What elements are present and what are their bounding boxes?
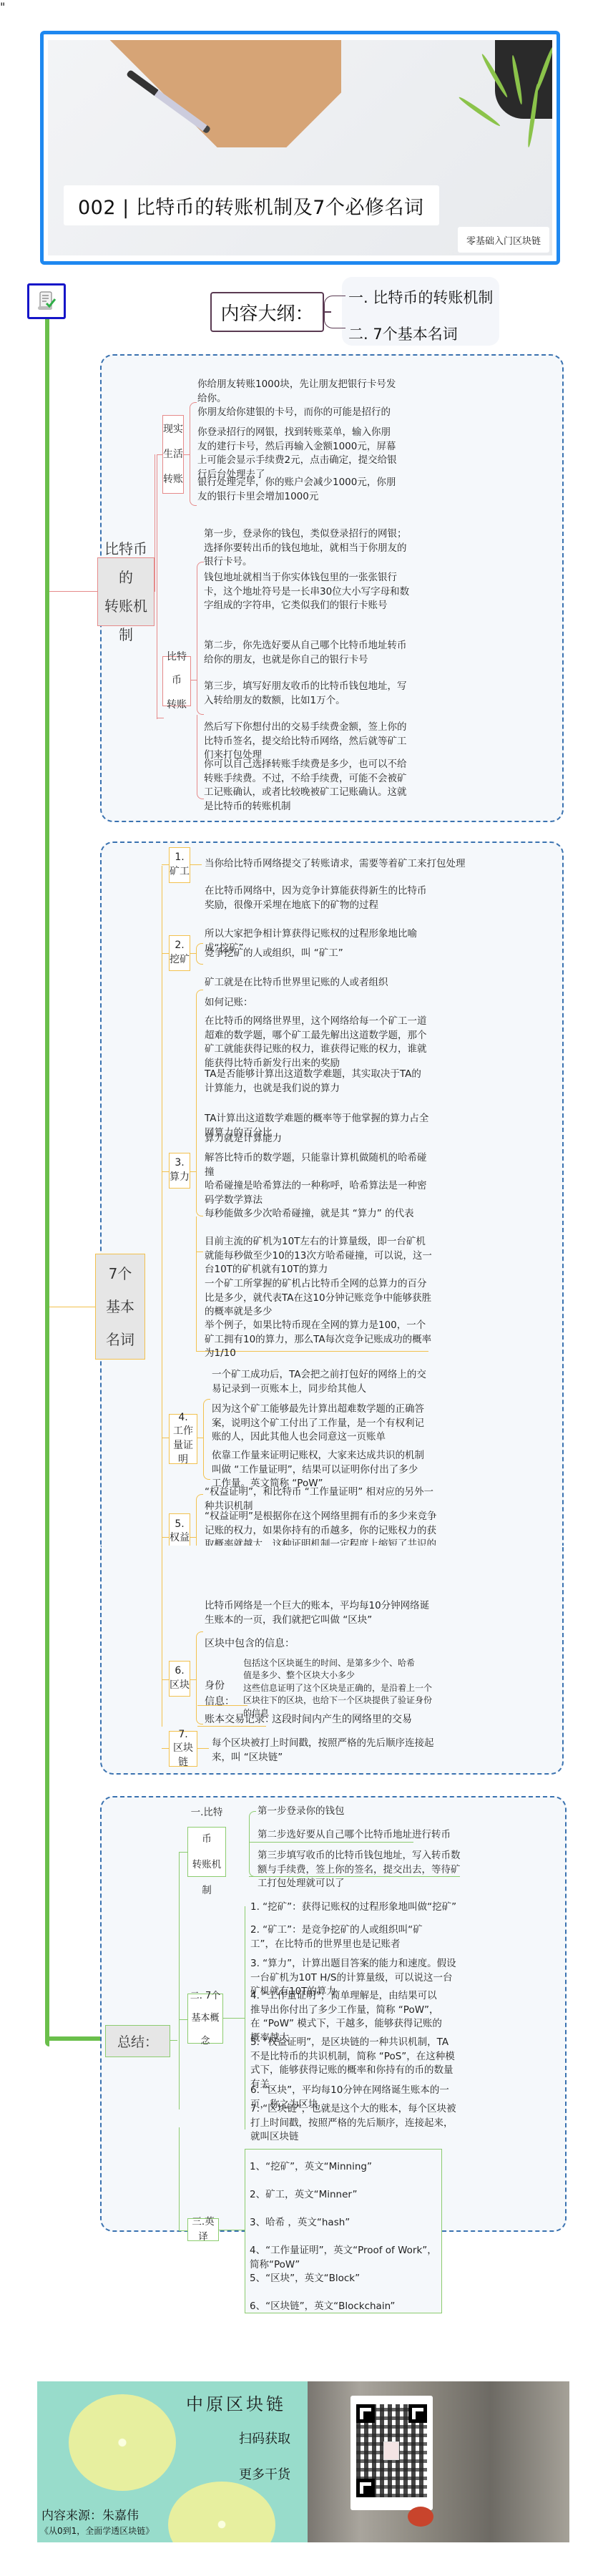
term-number: 2. [175, 939, 184, 953]
term-3-item-6: 算力就是计算能力 [205, 1132, 433, 1146]
red-stone-decoration [408, 2507, 433, 2527]
footer-promo-left: 中原区块链 扫码获取 更多干货 内容来源：朱嘉伟 《从0到1，全面学透区块链》 [37, 2381, 308, 2542]
checklist-scroll-icon [37, 291, 56, 312]
node-label-line: 转账 [167, 693, 187, 718]
english-term-5: 5、“区块”，英文“Block” [250, 2270, 360, 2284]
cover-title: 002 | 比特币的转账机制及7个必修名词 [78, 192, 423, 220]
outline-item-2[interactable]: 二. 7个基本名词 [348, 323, 458, 344]
node-label-line: 基本概念 [188, 2007, 222, 2051]
node-label-line: 转账机制 [188, 1852, 225, 1904]
term-node-pow[interactable]: 4. 工作量证明 [169, 1414, 197, 1464]
connector [157, 454, 157, 719]
summary-transfer-step-2: 第二步选好要从自己哪个比特币地址进行转币 [258, 1828, 486, 1843]
connector [223, 2018, 245, 2019]
connector [184, 454, 190, 455]
label-line: 信息： [205, 1694, 240, 1709]
branch-brace [197, 715, 204, 799]
connector [162, 953, 169, 954]
section-transfer-mechanism: 比特币的 转账机制 现实 生活 转账 你给朋友转账1000块，先让朋友把银行卡号… [0, 0, 603, 14]
term-3-item-8: 哈希碰撞是哈希算法的一种称呼，哈希算法是一种密码学数学算法 [205, 1179, 433, 1207]
category-label-line: 名词 [106, 1323, 134, 1356]
term-3-item-11: 一个矿工所掌握的矿机占比特币全网的总算力的百分比是多少，就代表TA在这10分钟记… [205, 1277, 433, 1319]
cover-image: 002 | 比特币的转账机制及7个必修名词 零基础入门区块链 [48, 40, 552, 255]
connector [162, 1748, 169, 1749]
terms-trunk [162, 1546, 162, 1727]
connector [219, 2230, 245, 2230]
connector [190, 1171, 196, 1172]
life-item-3: 银行处理完毕，你的账户会减少1000元，你朋友的银行卡里会增加1000元 [197, 476, 401, 504]
node-label-line: 现实 [163, 417, 183, 442]
term-2-item-3: 竞争挖矿的人或组织，叫 “矿工” [205, 947, 441, 961]
term-node-miner[interactable]: 1. 矿工 [169, 847, 190, 883]
connector [157, 718, 164, 718]
block-ledger-value: 这段时间内产生的网络里的交易 [272, 1712, 443, 1727]
term-label: 矿工 [170, 865, 190, 879]
connector [155, 454, 155, 592]
connector [179, 2019, 187, 2020]
term-node-mining[interactable]: 2. 挖矿 [169, 935, 190, 971]
node-label-line: 一.比特币 [188, 1800, 225, 1852]
footer-brand: 中原区块链 [186, 2390, 286, 2415]
footer-book: 《从0到1，全面学透区块链》 [40, 2524, 154, 2537]
english-terms-list: 1、“挖矿”，英文“Minning” 2、矿工，英文“Minner” 3、哈希 … [245, 2149, 442, 2313]
connector [197, 1748, 209, 1749]
english-term-1: 1、“挖矿”，英文“Minning” [250, 2158, 372, 2172]
concept-7: 7. “区块链”，也就是这个大的账本，每个区块被打上时间戳，按照严格的先后顺序，… [250, 2102, 461, 2145]
branch-brace [196, 943, 203, 965]
category-label-line: 比特币的 [98, 535, 154, 592]
outline-item-1[interactable]: 一. 比特币的转账机制 [348, 286, 493, 308]
term-7-item: 每个区块被打上时间戳，按照严格的先后顺序连接起来，叫 “区块链” [212, 1737, 441, 1765]
connector [179, 2168, 180, 2231]
term-label: 区块 [170, 1679, 190, 1693]
node-label-line: 生活 [163, 442, 183, 467]
term-3-item-10: 目前主流的矿机为10T左右的计算量级，即一台矿机就能每秒做至少10的13次方哈希… [205, 1235, 433, 1277]
term-3-item-9: 每秒能做多少次哈希碰撞，就是其 “算力” 的代表 [205, 1207, 433, 1221]
connector [190, 1537, 196, 1538]
term-node-blockchain[interactable]: 7. 区块链 [169, 1731, 197, 1767]
term-label: 挖矿 [170, 953, 190, 967]
footer-promo-right [308, 2381, 569, 2542]
term-number: 3. [175, 1156, 184, 1171]
branch-brace [203, 1399, 210, 1480]
english-term-3: 3、哈希 ，英文“hash” [250, 2214, 350, 2228]
concept-2: 2. “矿工”：是竞争挖矿的人或组织叫“矿工”，在比特币的世界里也是记账者 [250, 1923, 426, 1951]
lime-illustration [168, 2482, 275, 2542]
footer-cta-more: 更多干货 [239, 2464, 290, 2483]
outline-title[interactable]: 内容大纲： [210, 292, 324, 332]
node-real-life-transfer[interactable]: 现实 生活 转账 [162, 415, 184, 494]
connector [190, 953, 196, 954]
connector [191, 680, 197, 680]
branch-brace [196, 1216, 203, 1252]
connector [197, 1705, 247, 1706]
category-transfer-mechanism[interactable]: 比特币的 转账机制 [97, 557, 155, 626]
term-node-block[interactable]: 6. 区块 [169, 1661, 190, 1697]
summary-node-concepts[interactable]: 二. 7个 基本概念 [187, 1994, 223, 2044]
connector [190, 864, 202, 865]
english-term-4: 4、“工作量证明”，英文“Proof of Work”，简称“PoW” [250, 2242, 441, 2270]
connector [179, 1852, 187, 1853]
main-branch-end [45, 2036, 107, 2041]
connector [162, 1537, 169, 1538]
label-line: 身份 [205, 1678, 240, 1694]
term-3-item-4: TA是否能够计算出这道数学难题，其实取决于TA的计算能力，也就是我们说的算力 [205, 1068, 430, 1096]
life-item-2: 你登录招行的网银，找到转账菜单，输入你朋友的建行卡号，然后再输入金额1000元，… [197, 426, 398, 482]
qr-code-icon[interactable] [356, 2404, 427, 2497]
term-number: 1. [175, 851, 184, 865]
term-label: 区块链 [170, 1742, 197, 1770]
node-label-line: 比特币 [163, 645, 190, 693]
branch-brace [249, 1843, 256, 1877]
btc-fee-optional: 你可以自己选择转账手续费是多少，也可以不给转账手续费。不过，不给手续费，可能不会… [204, 758, 408, 814]
btc-step-3: 第三步，填写好朋友收币的比特币钱包地址，写入转给朋友的数额，比如1万个。 [204, 680, 411, 708]
term-4-item-1: 一个矿工成功后，TA会把之前打包好的网络上的交易记录到一页账本上，同步给其他人 [212, 1368, 430, 1396]
connector [245, 1906, 245, 2129]
category-seven-terms[interactable]: 7个 基本 名词 [95, 1254, 145, 1360]
branch-brace [196, 990, 203, 1216]
connector [179, 2230, 187, 2231]
life-item-1: 你给朋友转账1000块，先让朋友把银行卡号发给你。 你朋友给你建银的卡号，而你的… [197, 378, 398, 420]
connector [49, 1307, 98, 1307]
term-3-item-12: 举个例子，如果比特币现在全网的算力是100，一个矿工拥有10的算力，那么TA每次… [205, 1319, 435, 1361]
notebook-illustration [105, 40, 341, 147]
category-summary[interactable]: 总结： [105, 2025, 170, 2057]
footer-cta-scan: 扫码获取 [239, 2429, 290, 2447]
term-number: 7. [178, 1728, 187, 1742]
connector [197, 1726, 266, 1727]
term-4-item-2: 因为这个矿工能够最先计算出超难数学题的正确答案，说明这个矿工付出了工作量，是一个… [212, 1402, 426, 1445]
main-branch-line [45, 319, 49, 2046]
connector [162, 1438, 169, 1438]
english-term-6: 6、“区块链”，英文“Blockchain” [250, 2298, 395, 2312]
connector [162, 1679, 169, 1680]
term-number: 4. [178, 1411, 187, 1425]
connector [49, 591, 98, 592]
branch-brace [197, 562, 204, 715]
btc-wallet-address: 钱包地址就相当于你实体钱包里的一张张银行卡，这个地址符号是一长串30位大小写字母… [204, 571, 411, 613]
english-term-2: 2、矿工，英文“Minner” [250, 2186, 358, 2200]
term-2-item-1: 在比特币网络中，因为竞争计算能获得新生的比特币奖励，很像开采埋在地底下的矿物的过… [205, 884, 433, 912]
connector [162, 864, 169, 865]
lime-illustration [69, 2394, 176, 2491]
term-3-item-2: 如何记账： [205, 996, 433, 1010]
node-label-line: 二. 7个 [190, 1985, 221, 2007]
btc-step-1: 第一步，登录你的钱包，类似登录招行的网银；选择你要转出币的钱包地址，就相当于你朋… [204, 527, 411, 570]
term-3-item-1: 矿工就是在比特币世界里记账的人或者组织 [205, 976, 433, 990]
term-1-item: 当你给比特币网络提交了转账请求，需要等着矿工来打包处理 [205, 857, 505, 872]
summary-trunk [179, 2127, 180, 2168]
term-3-item-3: 在比特币的网络世界里，这个网络给每一个矿工一道超难的数学题，哪个矿工最先解出这道… [205, 1015, 435, 1070]
root-node[interactable] [27, 283, 66, 319]
node-label-line: 转账 [163, 467, 183, 492]
term-node-hashpower[interactable]: 3. 算力 [169, 1153, 190, 1189]
branch-brace [196, 1631, 203, 1724]
outline-bracket [324, 296, 345, 328]
summary-transfer-step-3: 第三步填写收币的比特币钱包地址，写入转币数额与手续费，签上你的签名，提交出去，等… [258, 1849, 465, 1891]
term-6-item-2: 区块中包含的信息： [205, 1636, 348, 1651]
branch-brace [190, 402, 197, 506]
term-6-item-1: 比特币网络是一个巨大的账本，平均每10分钟网络诞生账本的一页，我们就把它叫做 “… [205, 1599, 433, 1627]
footer-source: 内容来源：朱嘉伟 [41, 2505, 139, 2523]
connector [197, 1438, 203, 1438]
term-4-item-3: 依靠工作量来证明记账权，大家来达成共识的机制叫做 “工作量证明”，结果可以证明你… [212, 1449, 426, 1491]
cover-banner: 002 | 比特币的转账机制及7个必修名词 零基础入门区块链 [40, 31, 560, 265]
summary-node-english[interactable]: 三.英译 [187, 2218, 219, 2241]
category-label-line: 基本 [106, 1290, 134, 1323]
term-number: 5. [175, 1518, 184, 1532]
category-label-line: 7个 [109, 1257, 132, 1290]
summary-trunk [179, 1852, 180, 2109]
category-label-line: 转账机制 [98, 592, 154, 649]
summary-transfer-step-1: 第一步登录你的钱包 [258, 1805, 472, 1819]
term-label: 工作量证明 [170, 1425, 196, 1467]
term-label: 算力 [170, 1171, 190, 1185]
text: 你给朋友转账1000块，先让朋友把银行卡号发给你。 你朋友给你建银的卡号，而你的… [197, 379, 396, 418]
term-3-item-7: 解答比特币的数学题，只能靠计算机做随机的哈希碰撞 [205, 1151, 433, 1179]
connector [190, 1679, 196, 1680]
btc-step-2: 第二步，你先选好要从自己哪个比特币地址转币给你的朋友，也就是你自己的银行卡号 [204, 639, 411, 667]
terms-trunk [162, 866, 162, 1548]
connector [162, 1171, 169, 1172]
node-bitcoin-transfer[interactable]: 比特币 转账 [162, 656, 191, 706]
btc-fee-sign: 然后写下你想付出的交易手续费金额，签上你的比特币签名，提交给比特币网络，然后就等… [204, 721, 408, 763]
concept-1: 1. “挖矿”：获得记账权的过程形象地叫做“挖矿” [250, 1901, 472, 1915]
cover-title-box: 002 | 比特币的转账机制及7个必修名词 [64, 185, 439, 225]
series-tag: 零基础入门区块链 [458, 227, 549, 253]
connector [196, 1252, 197, 1351]
connector [170, 2040, 177, 2041]
plant-illustration [481, 40, 552, 147]
block-identity-item-1: 包括这个区块诞生的时间、是第多少个、哈希值是多少、整个区块大小多少 [243, 1657, 422, 1682]
qr-card [350, 2396, 433, 2510]
summary-node-transfer[interactable]: 一.比特币 转账机制 [187, 1827, 226, 1877]
term-number: 6. [175, 1664, 184, 1679]
